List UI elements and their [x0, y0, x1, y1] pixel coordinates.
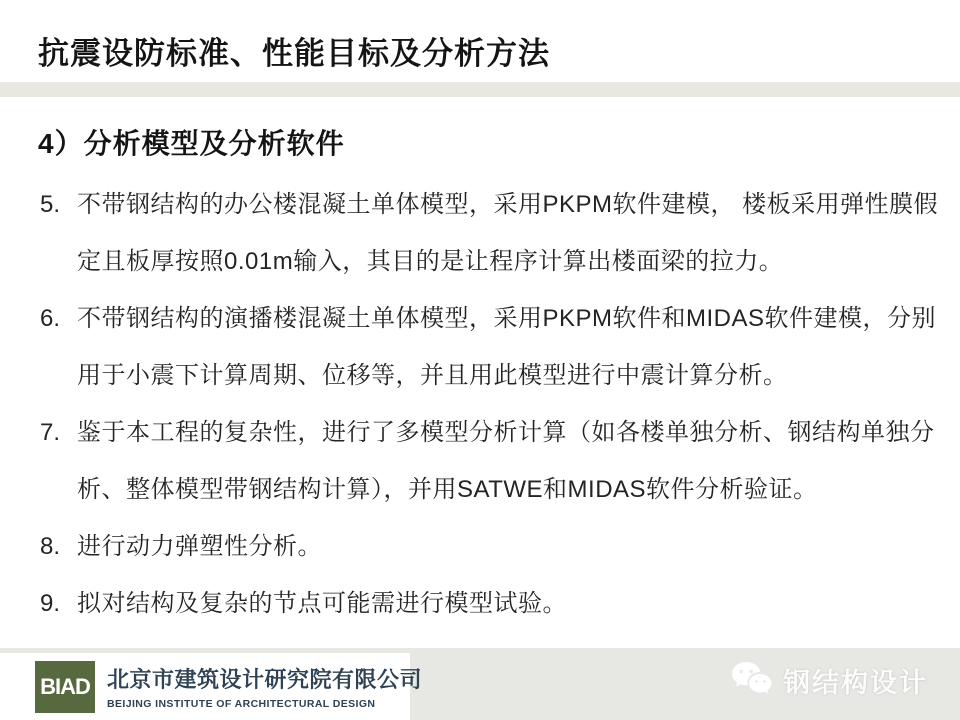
list-item: 5. 不带钢结构的办公楼混凝土单体模型，采用PKPM软件建模， 楼板采用弹性膜假… — [40, 176, 942, 290]
list-item-number: 8. — [40, 518, 77, 575]
list-item-text: 拟对结构及复杂的节点可能需进行模型试验。 — [77, 575, 942, 632]
list-item-number: 9. — [40, 575, 77, 632]
list-item: 6. 不带钢结构的演播楼混凝土单体模型，采用PKPM软件和MIDAS软件建模，分… — [40, 290, 942, 404]
list-item: 7. 鉴于本工程的复杂性，进行了多模型分析计算（如各楼单独分析、钢结构单独分析、… — [40, 404, 942, 518]
list-item-text: 进行动力弹塑性分析。 — [77, 518, 942, 575]
list-item-text: 不带钢结构的演播楼混凝土单体模型，采用PKPM软件和MIDAS软件建模，分别用于… — [77, 290, 942, 404]
section-heading: 4）分析模型及分析软件 — [38, 122, 345, 162]
numbered-list: 5. 不带钢结构的办公楼混凝土单体模型，采用PKPM软件建模， 楼板采用弹性膜假… — [40, 176, 942, 632]
title-divider-band — [0, 82, 960, 97]
list-item-text: 鉴于本工程的复杂性，进行了多模型分析计算（如各楼单独分析、钢结构单独分析、整体模… — [77, 404, 942, 518]
wechat-icon — [729, 660, 775, 700]
list-item-number: 7. — [40, 404, 77, 461]
company-name-english: BEIJING INSTITUTE OF ARCHITECTURAL DESIG… — [107, 698, 422, 710]
company-name-chinese: 北京市建筑设计研究院有限公司 — [107, 663, 422, 694]
slide-title: 抗震设防标准、性能目标及分析方法 — [38, 28, 918, 73]
footer-company-block: BIAD 北京市建筑设计研究院有限公司 BEIJING INSTITUTE OF… — [0, 653, 410, 720]
biad-logo: BIAD — [35, 661, 95, 713]
slide: 抗震设防标准、性能目标及分析方法 4）分析模型及分析软件 5. 不带钢结构的办公… — [0, 0, 960, 720]
company-names: 北京市建筑设计研究院有限公司 BEIJING INSTITUTE OF ARCH… — [107, 663, 422, 710]
channel-label: 钢结构设计 — [783, 661, 928, 700]
list-item-number: 6. — [40, 290, 77, 347]
list-item-number: 5. — [40, 176, 77, 233]
wechat-channel-badge: 钢结构设计 — [729, 660, 928, 700]
list-item: 9. 拟对结构及复杂的节点可能需进行模型试验。 — [40, 575, 942, 632]
footer: BIAD 北京市建筑设计研究院有限公司 BEIJING INSTITUTE OF… — [0, 648, 960, 720]
list-item-text: 不带钢结构的办公楼混凝土单体模型，采用PKPM软件建模， 楼板采用弹性膜假定且板… — [77, 176, 942, 290]
list-item: 8. 进行动力弹塑性分析。 — [40, 518, 942, 575]
